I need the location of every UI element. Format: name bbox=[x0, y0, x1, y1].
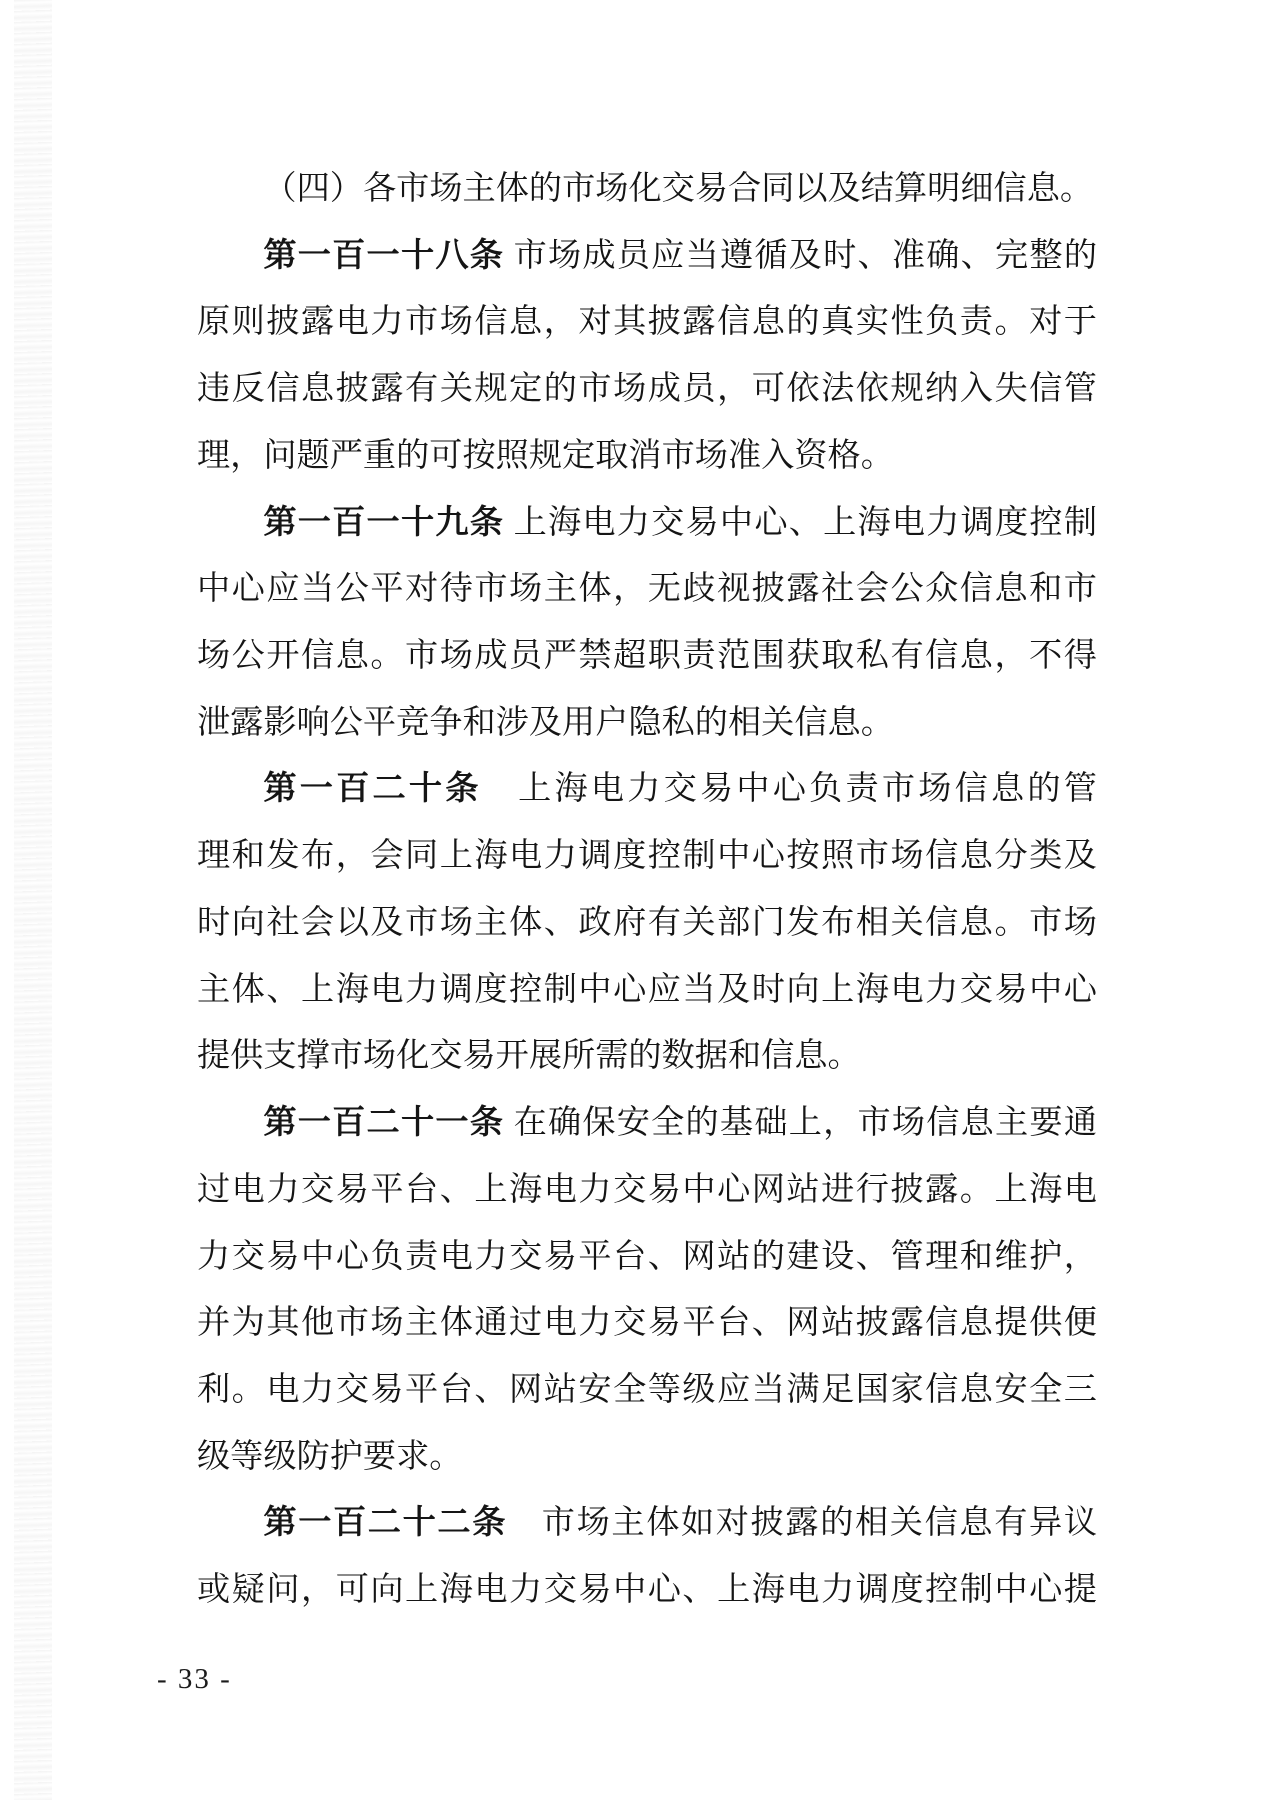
paragraph: （四）各市场主体的市场化交易合同以及结算明细信息。 bbox=[197, 156, 1097, 223]
paragraph: 第一百一十九条 上海电力交易中心、上海电力调度控制 中心应当公平对待市场主体，无… bbox=[197, 490, 1097, 757]
line-text: 市场主体如对披露的相关信息有异议 bbox=[507, 1504, 1097, 1541]
text-line: 或疑问，可向上海电力交易中心、上海电力调度控制中心提 bbox=[197, 1557, 1097, 1624]
paragraph: 第一百二十条 上海电力交易中心负责市场信息的管 理和发布，会同上海电力调度控制中… bbox=[197, 756, 1097, 1090]
text-line: 利。电力交易平台、网站安全等级应当满足国家信息安全三 bbox=[197, 1357, 1097, 1424]
text-line: 级等级防护要求。 bbox=[197, 1424, 1097, 1491]
text-line: 提供支撑市场化交易开展所需的数据和信息。 bbox=[197, 1023, 1097, 1090]
article-number: 第一百一十九条 bbox=[263, 504, 504, 541]
article-number: 第一百二十二条 bbox=[263, 1504, 507, 1541]
paragraph: 第一百一十八条 市场成员应当遵循及时、准确、完整的 原则披露电力市场信息，对其披… bbox=[197, 223, 1097, 490]
paragraph: 第一百二十一条 在确保安全的基础上，市场信息主要通 过电力交易平台、上海电力交易… bbox=[197, 1090, 1097, 1490]
line-text: 市场成员应当遵循及时、准确、完整的 bbox=[504, 237, 1097, 274]
text-line: 力交易中心负责电力交易平台、网站的建设、管理和维护， bbox=[197, 1224, 1097, 1291]
article-number: 第一百一十八条 bbox=[263, 237, 504, 274]
article-number: 第一百二十一条 bbox=[263, 1104, 504, 1141]
text-line: 第一百二十条 上海电力交易中心负责市场信息的管 bbox=[197, 756, 1097, 823]
text-line: 第一百一十八条 市场成员应当遵循及时、准确、完整的 bbox=[197, 223, 1097, 290]
text-line: （四）各市场主体的市场化交易合同以及结算明细信息。 bbox=[197, 156, 1097, 223]
text-line: 第一百二十二条 市场主体如对披露的相关信息有异议 bbox=[197, 1490, 1097, 1557]
text-line: 第一百一十九条 上海电力交易中心、上海电力调度控制 bbox=[197, 490, 1097, 557]
document-page: （四）各市场主体的市场化交易合同以及结算明细信息。 第一百一十八条 市场成员应当… bbox=[0, 0, 1273, 1800]
text-line: 泄露影响公平竞争和涉及用户隐私的相关信息。 bbox=[197, 690, 1097, 757]
scan-noise-artifact bbox=[14, 0, 52, 1800]
text-line: 并为其他市场主体通过电力交易平台、网站披露信息提供便 bbox=[197, 1290, 1097, 1357]
paragraph: 第一百二十二条 市场主体如对披露的相关信息有异议 或疑问，可向上海电力交易中心、… bbox=[197, 1490, 1097, 1623]
text-line: 时向社会以及市场主体、政府有关部门发布相关信息。市场 bbox=[197, 890, 1097, 957]
text-line: 过电力交易平台、上海电力交易中心网站进行披露。上海电 bbox=[197, 1157, 1097, 1224]
text-line: 中心应当公平对待市场主体，无歧视披露社会公众信息和市 bbox=[197, 556, 1097, 623]
page-number: - 33 - bbox=[157, 1662, 232, 1696]
text-line: 场公开信息。市场成员严禁超职责范围获取私有信息，不得 bbox=[197, 623, 1097, 690]
line-text: 上海电力交易中心负责市场信息的管 bbox=[482, 770, 1097, 807]
text-line: 理和发布，会同上海电力调度控制中心按照市场信息分类及 bbox=[197, 823, 1097, 890]
line-text: 上海电力交易中心、上海电力调度控制 bbox=[504, 504, 1097, 541]
text-line: 主体、上海电力调度控制中心应当及时向上海电力交易中心 bbox=[197, 957, 1097, 1024]
document-body: （四）各市场主体的市场化交易合同以及结算明细信息。 第一百一十八条 市场成员应当… bbox=[197, 156, 1097, 1624]
text-line: 原则披露电力市场信息，对其披露信息的真实性负责。对于 bbox=[197, 289, 1097, 356]
article-number: 第一百二十条 bbox=[263, 770, 481, 807]
text-line: 第一百二十一条 在确保安全的基础上，市场信息主要通 bbox=[197, 1090, 1097, 1157]
text-line: 理，问题严重的可按照规定取消市场准入资格。 bbox=[197, 423, 1097, 490]
line-text: 在确保安全的基础上，市场信息主要通 bbox=[504, 1104, 1097, 1141]
text-line: 违反信息披露有关规定的市场成员，可依法依规纳入失信管 bbox=[197, 356, 1097, 423]
